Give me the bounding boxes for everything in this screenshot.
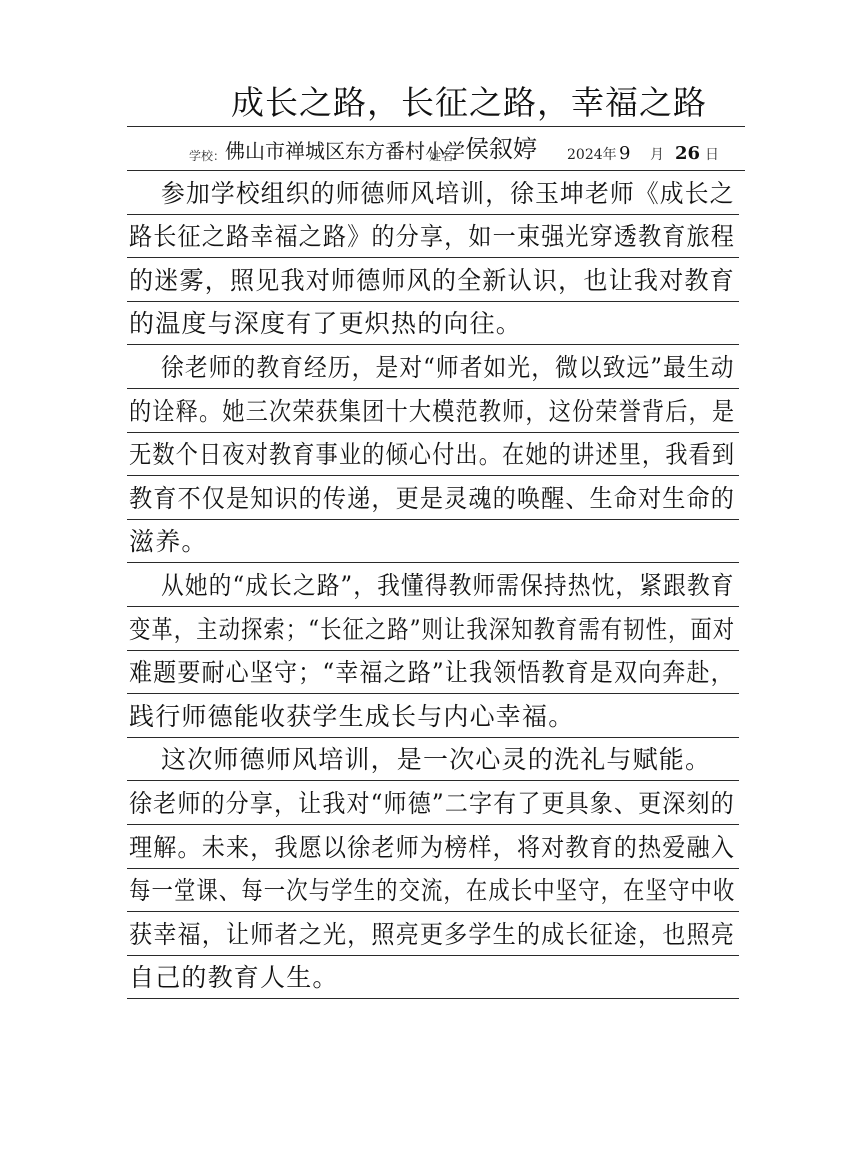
text-line: 理解。未来，我愿以徐老师为榜样，将对教育的热爱融入 (129, 828, 735, 864)
text-line: 每一堂课、每一次与学生的交流，在成长中坚守，在坚守中收 (129, 871, 735, 907)
ruled-line: 理解。未来，我愿以徐老师为榜样，将对教育的热爱融入 (127, 825, 739, 869)
title-row: 成长之路，长征之路，幸福之路 (127, 80, 745, 127)
text-line: 的迷雾，照见我对师德师风的全新认识，也让我对教育 (129, 261, 735, 297)
ruled-line: 这次师德师风培训，是一次心灵的洗礼与赋能。 (127, 738, 739, 782)
text-line: 教育不仅是知识的传递，更是灵魂的唤醒、生命对生命的 (129, 479, 735, 515)
text-line: 徐老师的教育经历，是对“师者如光，微以致远”最生动 (161, 348, 735, 384)
text-line: 的诠释。她三次荣获集团十大模范教师，这份荣誉背后，是 (129, 392, 735, 428)
name-label: 姓名： (429, 147, 465, 164)
ruled-line: 滋养。 (127, 520, 739, 564)
text-line: 徐老师的分享，让我对“师德”二字有了更具象、更深刻的 (129, 784, 735, 820)
ruled-line: 获幸福，让师者之光，照亮更多学生的成长征途，也照亮 (127, 912, 739, 956)
text-line: 参加学校组织的师德师风培训，徐玉坤老师《成长之 (161, 174, 735, 210)
text-line: 难题要耐心坚守；“幸福之路”让我领悟教育是双向奔赴， (129, 653, 735, 689)
text-line: 路长征之路幸福之路》的分享，如一束强光穿透教育旅程 (129, 217, 735, 253)
ruled-line: 的温度与深度有了更炽热的向往。 (127, 302, 739, 346)
text-line: 滋养。 (129, 522, 208, 558)
text-line: 获幸福，让师者之光，照亮更多学生的成长征途，也照亮 (129, 915, 735, 951)
ruled-line: 变革，主动探索；“长征之路”则让我深知教育需有韧性，面对 (127, 607, 739, 651)
text-line: 这次师德师风培训，是一次心灵的洗礼与赋能。 (161, 740, 711, 776)
ruled-line: 的诠释。她三次荣获集团十大模范教师，这份荣誉背后，是 (127, 389, 739, 433)
text-line: 变革，主动探索；“长征之路”则让我深知教育需有韧性，面对 (129, 610, 735, 646)
ruled-line: 徐老师的教育经历，是对“师者如光，微以致远”最生动 (127, 345, 739, 389)
essay-body: 参加学校组织的师德师风培训，徐玉坤老师《成长之 路长征之路幸福之路》的分享，如一… (127, 171, 739, 999)
ruled-line: 每一堂课、每一次与学生的交流，在成长中坚守，在坚守中收 (127, 869, 739, 913)
text-line: 自己的教育人生。 (129, 958, 339, 994)
handwritten-essay-page: 成长之路，长征之路，幸福之路 学校： 佛山市禅城区东方番村小学 姓名： 侯叙婷 … (0, 0, 850, 1160)
essay-title: 成长之路，长征之路，幸福之路 (231, 77, 707, 124)
date-month: 9 (619, 143, 630, 164)
day-label: 日 (705, 144, 719, 164)
text-line: 的温度与深度有了更炽热的向往。 (129, 304, 522, 340)
author-name: 侯叙婷 (465, 129, 537, 164)
ruled-line: 自己的教育人生。 (127, 956, 739, 1000)
text-line: 无数个日夜对教育事业的倾心付出。在她的讲述里，我看到 (129, 435, 735, 471)
month-label: 月 (650, 144, 664, 164)
date-day: 26 (675, 143, 700, 164)
meta-row: 学校： 佛山市禅城区东方番村小学 姓名： 侯叙婷 2024年 9 月 26 日 (127, 127, 745, 171)
ruled-line: 路长征之路幸福之路》的分享，如一束强光穿透教育旅程 (127, 215, 739, 259)
ruled-line: 从她的“成长之路”，我懂得教师需保持热忱，紧跟教育 (127, 563, 739, 607)
ruled-line: 参加学校组织的师德师风培训，徐玉坤老师《成长之 (127, 171, 739, 215)
date-year: 2024年 (567, 144, 617, 164)
ruled-line: 教育不仅是知识的传递，更是灵魂的唤醒、生命对生命的 (127, 476, 739, 520)
ruled-line: 的迷雾，照见我对师德师风的全新认识，也让我对教育 (127, 258, 739, 302)
text-line: 践行师德能收获学生成长与内心幸福。 (129, 697, 574, 733)
ruled-line: 践行师德能收获学生成长与内心幸福。 (127, 694, 739, 738)
ruled-line: 难题要耐心坚守；“幸福之路”让我领悟教育是双向奔赴， (127, 651, 739, 695)
ruled-line: 无数个日夜对教育事业的倾心付出。在她的讲述里，我看到 (127, 433, 739, 477)
text-line: 从她的“成长之路”，我懂得教师需保持热忱，紧跟教育 (161, 566, 735, 602)
ruled-line: 徐老师的分享，让我对“师德”二字有了更具象、更深刻的 (127, 781, 739, 825)
school-label: 学校： (189, 147, 225, 164)
